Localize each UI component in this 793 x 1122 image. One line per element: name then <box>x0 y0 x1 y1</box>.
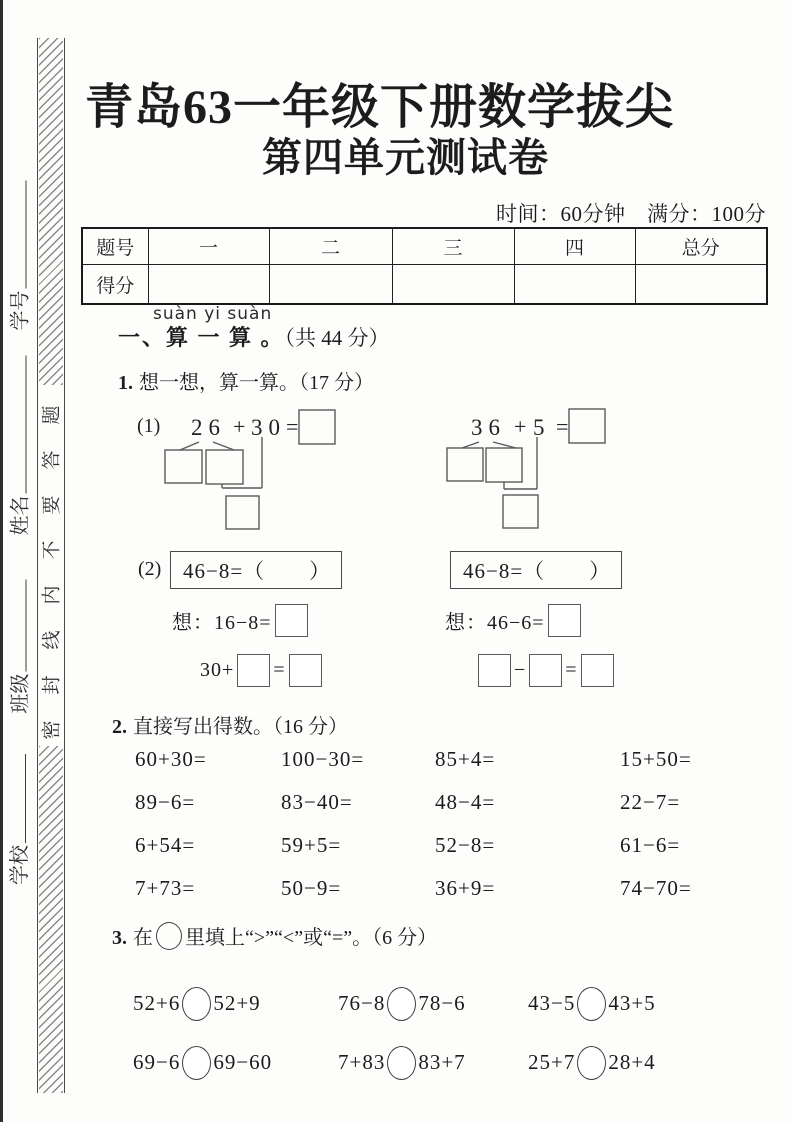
compare-circle <box>387 1046 416 1080</box>
score-cell <box>148 265 269 305</box>
addend-2: 30 <box>251 415 286 440</box>
equals-sign: = <box>556 414 568 439</box>
comparison-item: 43−543+5 <box>528 974 763 1033</box>
comparison-grid: 52+652+9 76−878−6 43−543+5 69−669−60 7+8… <box>133 974 763 1092</box>
question-3-number: 3. <box>112 927 127 949</box>
math-expression: 50−9= <box>281 876 435 919</box>
question-3-text-after: 里填上“>”“<”或“=”。（6 分） <box>185 927 437 949</box>
section-one-points: （共 44 分） <box>285 326 390 350</box>
answer-box <box>237 654 270 687</box>
think-row-left: 想：16−8= <box>172 604 311 637</box>
score-table: 题号 一 二 三 四 总分 得分 <box>81 227 768 305</box>
page-scan-edge <box>0 0 3 1122</box>
answer-box <box>569 409 605 443</box>
minus-sign: − <box>514 659 526 682</box>
score-cell <box>392 265 514 305</box>
right-expression: 28+4 <box>608 1050 655 1075</box>
student-id-text: 学号 <box>10 291 32 331</box>
math-expression: 7+73= <box>135 876 281 919</box>
question-1-number: 1. <box>118 372 133 394</box>
math-expression: 85+4= <box>435 747 620 790</box>
right-expression: 52+9 <box>213 991 260 1016</box>
math-expression: 89−6= <box>135 790 281 833</box>
seal-band-line-right <box>64 38 65 1093</box>
comparison-item: 76−878−6 <box>338 974 528 1033</box>
left-expression: 52+6 <box>133 991 180 1016</box>
plus-sign: + <box>233 414 245 439</box>
part-2-label: (2) <box>138 558 161 581</box>
right-expression: 69−60 <box>213 1050 272 1075</box>
score-row-label: 得分 <box>82 265 148 305</box>
school-label: 学校 <box>9 747 31 885</box>
time-score-meta: 时间：60分钟 满分：100分 <box>0 198 766 228</box>
fill-row-right: −= <box>475 654 617 687</box>
answer-box <box>503 495 538 528</box>
math-expression: 74−70= <box>620 876 755 919</box>
plus-sign: + <box>514 414 526 439</box>
left-expression: 69−6 <box>133 1050 180 1075</box>
branch-line <box>493 442 516 448</box>
compare-circle <box>387 987 416 1021</box>
question-2-heading: 2.直接写出得数。（16 分） <box>112 710 348 739</box>
section-one-heading: 一、算 一 算 。（共 44 分） <box>118 321 390 352</box>
part-1-label: (1) <box>137 415 160 437</box>
addend-2: 5 <box>533 415 551 440</box>
seal-line-text: 密封线内不要答题 <box>37 390 64 740</box>
compare-circle <box>577 1046 606 1080</box>
compare-circle <box>577 987 606 1021</box>
name-label: 姓名 <box>10 349 32 536</box>
addend-1: 36 <box>471 415 506 440</box>
seal-hatch-bottom <box>39 746 63 1093</box>
exam-paper-page: 密封线内不要答题 学号 姓名 班级 学校 青岛63一年级下册数学拔尖 第四单元测… <box>0 0 793 1122</box>
answer-box <box>275 604 308 637</box>
answer-box <box>548 604 581 637</box>
question-1-heading: 1.想一想，算一算。（17 分） <box>118 366 374 395</box>
branch-line <box>213 442 234 450</box>
score-table-col-1: 一 <box>148 228 269 265</box>
math-expression: 60+30= <box>135 747 281 790</box>
branch-line <box>462 442 479 448</box>
boxed-problem-right: 46−8=（ ） <box>450 551 622 589</box>
math-expression: 100−30= <box>281 747 435 790</box>
score-table-col-3: 三 <box>392 228 514 265</box>
name-blank <box>23 356 27 494</box>
equals-sign: = <box>273 659 285 682</box>
math-expression: 61−6= <box>620 833 755 876</box>
right-expression: 78−6 <box>418 991 465 1016</box>
math-expression: 15+50= <box>620 747 755 790</box>
school-blank <box>22 754 26 843</box>
name-text: 姓名 <box>10 496 32 536</box>
score-cell-total <box>635 265 767 305</box>
think-right-text: 想：46−6= <box>445 606 545 635</box>
question-3-text-before: 在 <box>133 927 153 949</box>
answer-box <box>206 450 243 484</box>
decomposition-diagram-left: (1) 26 + 30 = <box>133 402 345 538</box>
equals-sign: = <box>286 414 298 439</box>
answer-box <box>299 410 335 444</box>
left-expression: 76−8 <box>338 991 385 1016</box>
fill-left-prefix: 30+ <box>200 659 234 682</box>
compare-circle <box>182 987 211 1021</box>
comparison-item: 25+728+4 <box>528 1033 763 1092</box>
score-cell <box>514 265 635 305</box>
score-table-col-total: 总分 <box>635 228 767 265</box>
question-1-text: 想一想，算一算。（17 分） <box>139 372 374 394</box>
answer-box <box>165 450 202 483</box>
left-expression: 25+7 <box>528 1050 575 1075</box>
question-3-heading: 3.在里填上“>”“<”或“=”。（6 分） <box>112 921 437 950</box>
score-table-col-4: 四 <box>514 228 635 265</box>
mental-math-grid: 60+30= 100−30= 85+4= 15+50= 89−6= 83−40=… <box>135 747 755 919</box>
left-expression: 43−5 <box>528 991 575 1016</box>
think-left-text: 想：16−8= <box>172 606 272 635</box>
score-table-col-2: 二 <box>269 228 392 265</box>
math-expression: 36+9= <box>435 876 620 919</box>
question-2-number: 2. <box>112 716 127 738</box>
addend-1: 26 <box>191 415 226 440</box>
answer-box <box>581 654 614 687</box>
section-one-title: 一、算 一 算 。 <box>118 325 285 350</box>
student-id-blank <box>23 181 27 289</box>
right-expression: 43+5 <box>608 991 655 1016</box>
comparison-item: 7+8383+7 <box>338 1033 528 1092</box>
answer-box <box>486 448 522 482</box>
math-expression: 59+5= <box>281 833 435 876</box>
answer-box <box>478 654 511 687</box>
think-row-right: 想：46−6= <box>445 604 584 637</box>
boxed-problem-left: 46−8=（ ） <box>170 551 342 589</box>
class-text: 班级 <box>10 674 32 714</box>
equals-sign: = <box>565 659 577 682</box>
paper-title-line2: 第四单元测试卷 <box>262 126 549 183</box>
score-table-corner: 题号 <box>82 228 148 265</box>
answer-box <box>289 654 322 687</box>
answer-box <box>447 448 483 481</box>
comparison-item: 69−669−60 <box>133 1033 338 1092</box>
math-expression: 6+54= <box>135 833 281 876</box>
decomposition-diagram-right: 36 + 5 = <box>435 402 610 538</box>
math-expression: 83−40= <box>281 790 435 833</box>
math-expression: 48−4= <box>435 790 620 833</box>
compare-circle-example <box>156 922 182 950</box>
answer-box <box>529 654 562 687</box>
math-expression: 52−8= <box>435 833 620 876</box>
comparison-item: 52+652+9 <box>133 974 338 1033</box>
class-label: 班级 <box>10 573 32 714</box>
fill-row-left: 30+= <box>200 654 325 687</box>
score-cell <box>269 265 392 305</box>
branch-line <box>180 442 199 450</box>
answer-box <box>226 496 259 529</box>
math-expression: 22−7= <box>620 790 755 833</box>
right-expression: 83+7 <box>418 1050 465 1075</box>
question-2-text: 直接写出得数。（16 分） <box>133 716 348 738</box>
class-blank <box>23 580 27 672</box>
left-expression: 7+83 <box>338 1050 385 1075</box>
school-text: 学校 <box>9 845 31 885</box>
compare-circle <box>182 1046 211 1080</box>
